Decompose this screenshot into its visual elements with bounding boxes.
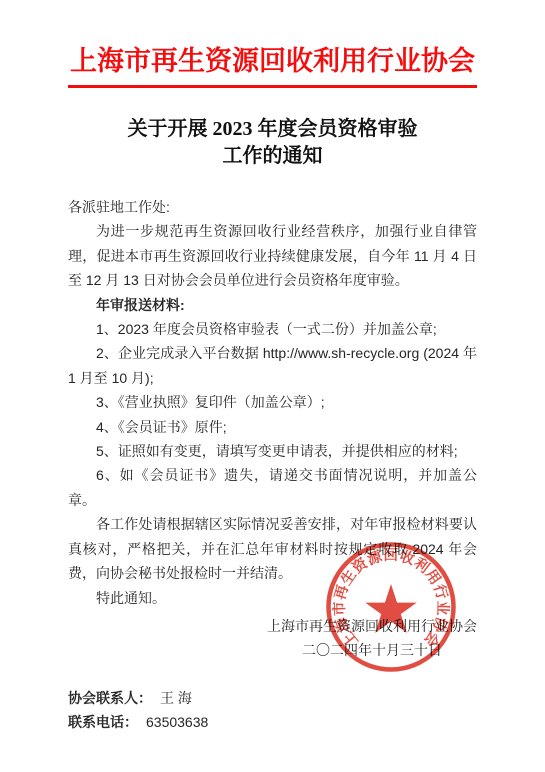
document-body: 各派驻地工作处: 为进一步规范再生资源回收行业经营秩序，加强行业自律管理，促进本… [68,195,477,610]
list-item: 2、企业完成录入平台数据 http://www.sh-recycle.org (… [68,341,477,390]
list-item: 6、如《会员证书》遗失，请递交书面情况说明，并加盖公章。 [68,463,477,512]
signature-block: 上海市再生资源回收利用行业协会 二〇二四年十月三十日 [68,614,477,663]
contact-phone-label: 联系电话： [68,714,138,730]
list-item: 5、证照如有变更，请填写变更申请表，并提供相应的材料; [68,439,477,463]
document-title: 关于开展 2023 年度会员资格审验 工作的通知 [68,116,477,170]
document-title-line1: 关于开展 2023 年度会员资格审验 [128,118,418,140]
list-item: 3、《营业执照》复印件（加盖公章）; [68,390,477,414]
contact-person-name: 王 海 [160,690,192,706]
letterhead: 上海市再生资源回收利用行业协会 [68,46,477,88]
signature-date: 二〇二四年十月三十日 [267,638,477,662]
signature-org-name: 上海市再生资源回收利用行业协会 [267,614,477,638]
contact-person-label: 协会联系人： [68,690,152,706]
document-title-line2: 工作的通知 [223,145,323,167]
paragraph-instructions: 各工作处请根据辖区实际情况妥善安排，对年审报检材料要认真核对，严格把关，并在汇总… [68,512,477,585]
paragraph-intro: 为进一步规范再生资源回收行业经营秩序，加强行业自律管理，促进本市再生资源回收行业… [68,219,477,292]
list-item: 4、《会员证书》原件; [68,415,477,439]
materials-heading: 年审报送材料: [68,293,477,317]
contact-block: 协会联系人：王 海 联系电话：63503638 [68,686,477,735]
letterhead-org-name: 上海市再生资源回收利用行业协会 [68,46,477,76]
closing-phrase: 特此通知。 [68,586,477,610]
salutation: 各派驻地工作处: [68,195,477,219]
contact-phone-number: 63503638 [146,714,208,730]
contact-phone-line: 联系电话：63503638 [68,710,477,734]
document-page: 上海市再生资源回收利用行业协会 关于开展 2023 年度会员资格审验 工作的通知… [68,0,477,735]
contact-person-line: 协会联系人：王 海 [68,686,477,710]
list-item: 1、2023 年度会员资格审验表（一式二份）并加盖公章; [68,317,477,341]
